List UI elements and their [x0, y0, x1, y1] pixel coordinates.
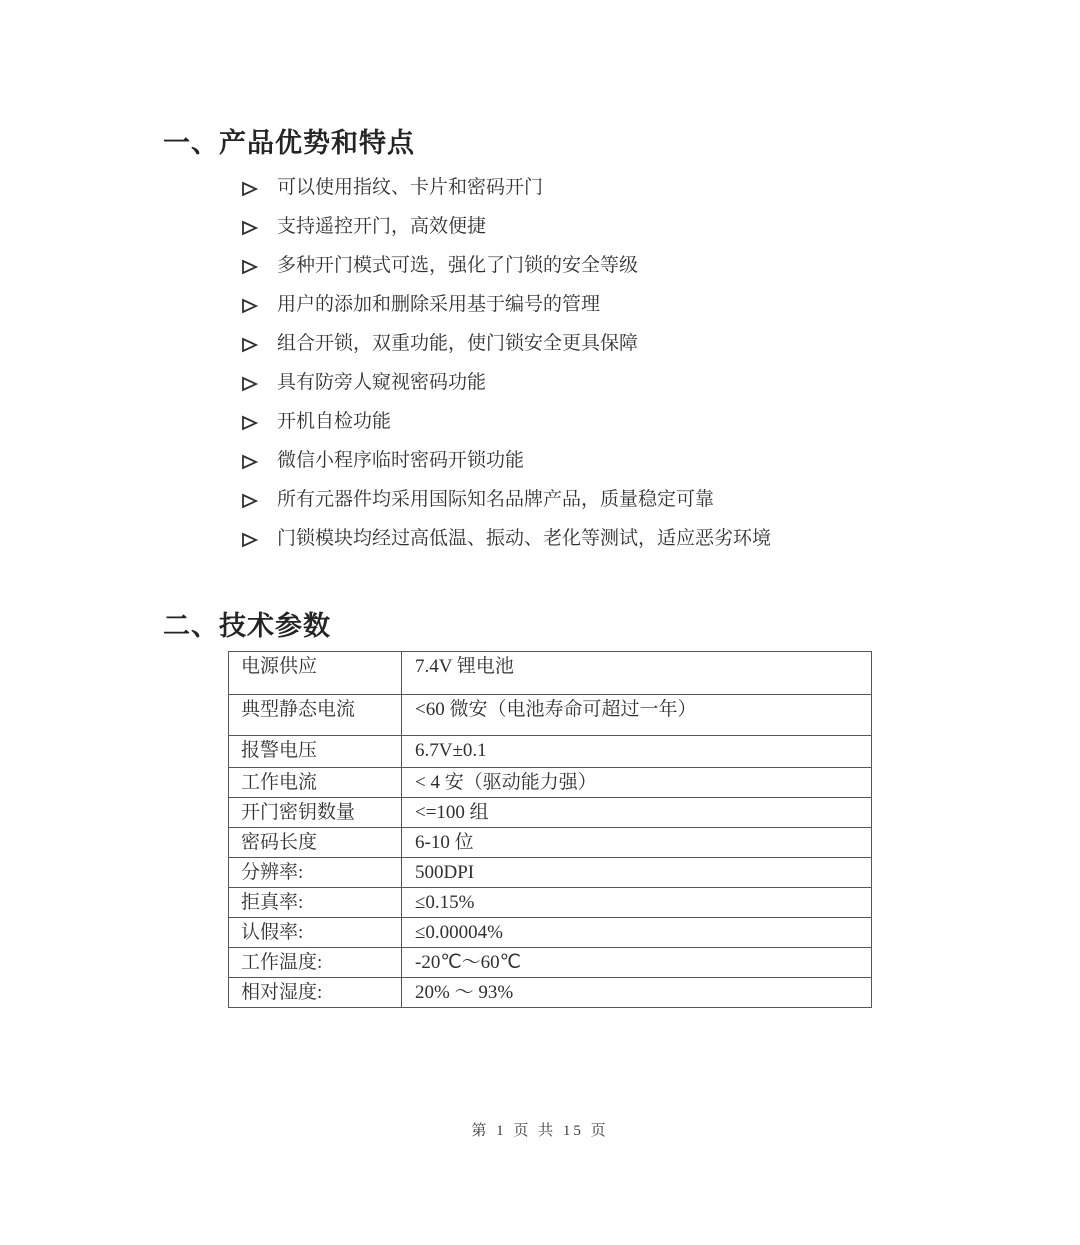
specs-table-row: 工作温度: -20℃～60℃ [229, 948, 872, 978]
feature-list-item: 多种开门模式可选，强化了门锁的安全等级 [240, 255, 771, 277]
feature-text: 多种开门模式可选，强化了门锁的安全等级 [277, 255, 638, 277]
specs-table-row: 密码长度 6-10 位 [229, 828, 872, 858]
spec-value: 6.7V±0.1 [402, 736, 872, 768]
specs-table-row: 报警电压 6.7V±0.1 [229, 736, 872, 768]
feature-list: 可以使用指纹、卡片和密码开门 支持遥控开门，高效便捷 多种开门模式可选，强化了门 [240, 177, 771, 567]
spec-value: ≤0.00004% [402, 918, 872, 948]
specs-table-row: 开门密钥数量 <=100 组 [229, 798, 872, 828]
spec-label: 认假率: [229, 918, 402, 948]
feature-list-item: 可以使用指纹、卡片和密码开门 [240, 177, 771, 199]
feature-text: 支持遥控开门，高效便捷 [277, 216, 486, 238]
arrowhead-right-icon [240, 179, 258, 197]
arrowhead-right-icon [240, 530, 258, 548]
specs-table-row: 拒真率: ≤0.15% [229, 888, 872, 918]
feature-list-item: 微信小程序临时密码开锁功能 [240, 450, 771, 472]
feature-text: 可以使用指纹、卡片和密码开门 [277, 177, 543, 199]
spec-label: 相对湿度: [229, 978, 402, 1008]
specs-table-row: 分辨率: 500DPI [229, 858, 872, 888]
arrowhead-right-icon [240, 491, 258, 509]
arrowhead-right-icon [240, 452, 258, 470]
feature-list-item: 组合开锁，双重功能，使门锁安全更具保障 [240, 333, 771, 355]
arrowhead-right-icon [240, 413, 258, 431]
specs-table-row: 认假率: ≤0.00004% [229, 918, 872, 948]
page-number-footer: 第 1 页 共 15 页 [0, 1119, 1080, 1140]
spec-value: 500DPI [402, 858, 872, 888]
arrowhead-right-icon [240, 218, 258, 236]
arrowhead-right-icon [240, 296, 258, 314]
section-specs-heading: 二、技术参数 [163, 604, 331, 643]
spec-value: <=100 组 [402, 798, 872, 828]
specs-table-row: 电源供应 7.4V 锂电池 [229, 652, 872, 695]
spec-value: 6-10 位 [402, 828, 872, 858]
feature-list-item: 支持遥控开门，高效便捷 [240, 216, 771, 238]
spec-value: -20℃～60℃ [402, 948, 872, 978]
feature-text: 微信小程序临时密码开锁功能 [277, 450, 524, 472]
feature-text: 用户的添加和删除采用基于编号的管理 [277, 294, 600, 316]
spec-value: < 4 安（驱动能力强） [402, 768, 872, 798]
specs-table: 电源供应 7.4V 锂电池 典型静态电流 <60 微安（电池寿命可超过一年） 报… [228, 651, 872, 1008]
spec-label: 电源供应 [229, 652, 402, 695]
spec-label: 密码长度 [229, 828, 402, 858]
spec-label: 工作温度: [229, 948, 402, 978]
feature-text: 具有防旁人窥视密码功能 [277, 372, 486, 394]
spec-value: ≤0.15% [402, 888, 872, 918]
specs-table-row: 相对湿度: 20% ～ 93% [229, 978, 872, 1008]
arrowhead-right-icon [240, 335, 258, 353]
arrowhead-right-icon [240, 374, 258, 392]
feature-list-item: 用户的添加和删除采用基于编号的管理 [240, 294, 771, 316]
spec-label: 拒真率: [229, 888, 402, 918]
feature-text: 门锁模块均经过高低温、振动、老化等测试，适应恶劣环境 [277, 528, 771, 550]
spec-label: 工作电流 [229, 768, 402, 798]
spec-label: 分辨率: [229, 858, 402, 888]
feature-list-item: 所有元器件均采用国际知名品牌产品，质量稳定可靠 [240, 489, 771, 511]
specs-table-row: 典型静态电流 <60 微安（电池寿命可超过一年） [229, 695, 872, 736]
spec-label: 开门密钥数量 [229, 798, 402, 828]
arrowhead-right-icon [240, 257, 258, 275]
feature-text: 所有元器件均采用国际知名品牌产品，质量稳定可靠 [277, 489, 714, 511]
feature-list-item: 具有防旁人窥视密码功能 [240, 372, 771, 394]
spec-label: 典型静态电流 [229, 695, 402, 736]
feature-text: 开机自检功能 [277, 411, 391, 433]
spec-label: 报警电压 [229, 736, 402, 768]
document-page: 一、产品优势和特点 可以使用指纹、卡片和密码开门 支持遥控开门，高效便捷 [0, 0, 1080, 1245]
spec-value: 20% ～ 93% [402, 978, 872, 1008]
feature-list-item: 开机自检功能 [240, 411, 771, 433]
feature-list-item: 门锁模块均经过高低温、振动、老化等测试，适应恶劣环境 [240, 528, 771, 550]
spec-value: <60 微安（电池寿命可超过一年） [402, 695, 872, 736]
feature-text: 组合开锁，双重功能，使门锁安全更具保障 [277, 333, 638, 355]
specs-table-row: 工作电流 < 4 安（驱动能力强） [229, 768, 872, 798]
spec-value: 7.4V 锂电池 [402, 652, 872, 695]
section-features-heading: 一、产品优势和特点 [163, 121, 415, 160]
